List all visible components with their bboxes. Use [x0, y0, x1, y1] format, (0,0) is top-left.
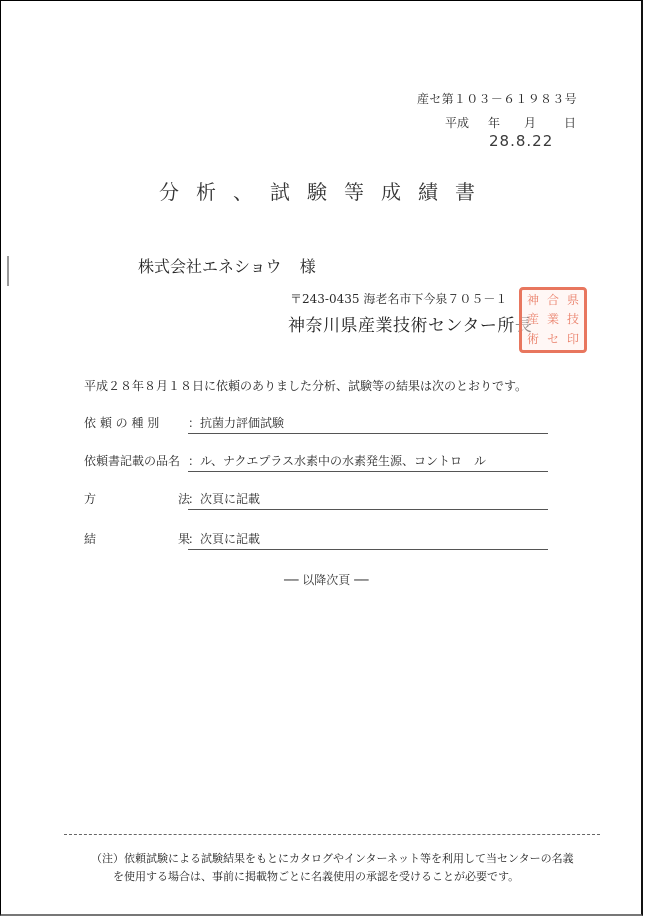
issuer-name: 神奈川県産業技術センター所長: [288, 311, 532, 336]
field-request-type: 依 頼 の 種 別 ：抗菌力評価試験: [84, 414, 548, 438]
field-result: 結 果 ：次頁に記載: [84, 530, 548, 554]
seal-char: 県: [563, 291, 583, 310]
handwritten-date: 28.8.22: [489, 132, 553, 150]
field-value: ：ル、ナクエプラス水素中の水素発生源、コントロ ル: [188, 452, 486, 469]
footnote-line-2: を使用する場合は、事前に掲載物ごとに名義使用の承認を受けることが必要です。: [113, 868, 519, 884]
document-page: 産セ第１０３－６１９８３号 平成 年 月 日 28.8.22 分析、試験等成績書…: [0, 0, 643, 916]
field-product-name: 依頼書記載の品名 ：ル、ナクエプラス水素中の水素発生源、コントロ ル: [84, 452, 548, 476]
official-seal-stamp: 神 合 県 産 業 技 術 セ 印: [519, 287, 587, 353]
seal-char: セ: [543, 330, 563, 349]
dashed-divider: [64, 834, 600, 835]
continued-next-page-mark: ── 以降次頁 ──: [284, 571, 369, 588]
underline: [188, 433, 548, 434]
field-method: 方 法 ：次頁に記載: [84, 490, 548, 514]
addressee-company: 株式会社エネショウ: [138, 257, 282, 276]
scan-artifact: [7, 256, 9, 286]
addressee-honorific: 様: [300, 257, 316, 276]
underline: [188, 549, 548, 550]
field-value: ：抗菌力評価試験: [188, 414, 284, 431]
seal-char: 神: [523, 291, 543, 310]
footnote-line-1: （注）依頼試験による試験結果をもとにカタログやインターネット等を利用して当センタ…: [91, 850, 574, 866]
seal-char: 印: [563, 330, 583, 349]
field-label: 依 頼 の 種 別: [84, 414, 159, 431]
seal-char: 技: [563, 310, 583, 329]
seal-char: 術: [523, 330, 543, 349]
issuer-address: 〒243-0435 海老名市下今泉７０５－１: [290, 290, 507, 307]
seal-char: 産: [523, 310, 543, 329]
underline: [188, 471, 548, 472]
field-value: ：次頁に記載: [188, 530, 260, 547]
date-year-label: 年: [488, 114, 500, 131]
document-title: 分析、試験等成績書: [159, 176, 492, 205]
seal-char: 合: [543, 291, 563, 310]
addressee: 株式会社エネショウ様: [138, 254, 316, 277]
seal-char: 業: [543, 310, 563, 329]
date-day-label: 日: [564, 114, 576, 131]
field-label: 結: [84, 530, 96, 547]
field-label: 方: [84, 490, 96, 507]
date-month-label: 月: [524, 114, 536, 131]
field-value: ：次頁に記載: [188, 490, 260, 507]
field-label: 依頼書記載の品名: [84, 452, 180, 469]
date-era-label: 平成: [445, 114, 469, 131]
underline: [188, 509, 548, 510]
intro-text: 平成２８年８月１８日に依頼のありました分析、試験等の結果は次のとおりです。: [84, 377, 527, 394]
document-number: 産セ第１０３－６１９８３号: [417, 90, 577, 107]
